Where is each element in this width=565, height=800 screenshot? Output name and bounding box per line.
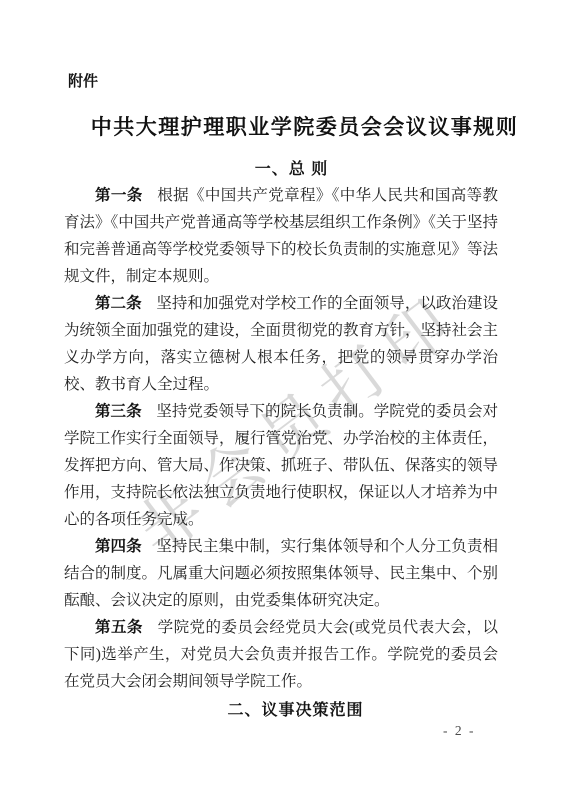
article-1-label: 第一条 (95, 187, 143, 204)
section-heading-decision-scope: 二、议事决策范围 (13, 697, 565, 720)
article-5: 第五条学院党的委员会经党员大会(或党员代表大会，以下同)选举产生，对党员大会负责… (64, 614, 498, 695)
document-body: 第一条根据《中国共产党章程》《中华人民共和国高等教育法》《中国共产党普通高等学校… (64, 182, 498, 695)
document-page: 非会员打印 附件 中共大理护理职业学院委员会会议议事规则 一、总 则 第一条根据… (0, 0, 565, 800)
document-title: 中共大理护理职业学院委员会会议议事规则 (22, 111, 565, 141)
article-4-label: 第四条 (95, 538, 142, 555)
article-3-text: 坚持党委领导下的院长负责制。学院党的委员会对学院工作实行全面领导，履行管党治党、… (64, 403, 498, 528)
article-5-label: 第五条 (95, 619, 143, 636)
article-4: 第四条坚持民主集中制，实行集体领导和个人分工负责相结合的制度。凡属重大问题必须按… (64, 533, 498, 614)
attachment-label: 附件 (68, 70, 98, 91)
section-heading-general-provisions: 一、总 则 (9, 156, 565, 179)
article-1: 第一条根据《中国共产党章程》《中华人民共和国高等教育法》《中国共产党普通高等学校… (64, 182, 498, 290)
article-3: 第三条坚持党委领导下的院长负责制。学院党的委员会对学院工作实行全面领导，履行管党… (64, 398, 498, 533)
page-number: - 2 - (443, 723, 476, 739)
article-2: 第二条坚持和加强党对学校工作的全面领导，以政治建设为统领全面加强党的建设，全面贯… (64, 290, 498, 398)
article-2-label: 第二条 (95, 295, 142, 312)
article-3-label: 第三条 (95, 403, 142, 420)
